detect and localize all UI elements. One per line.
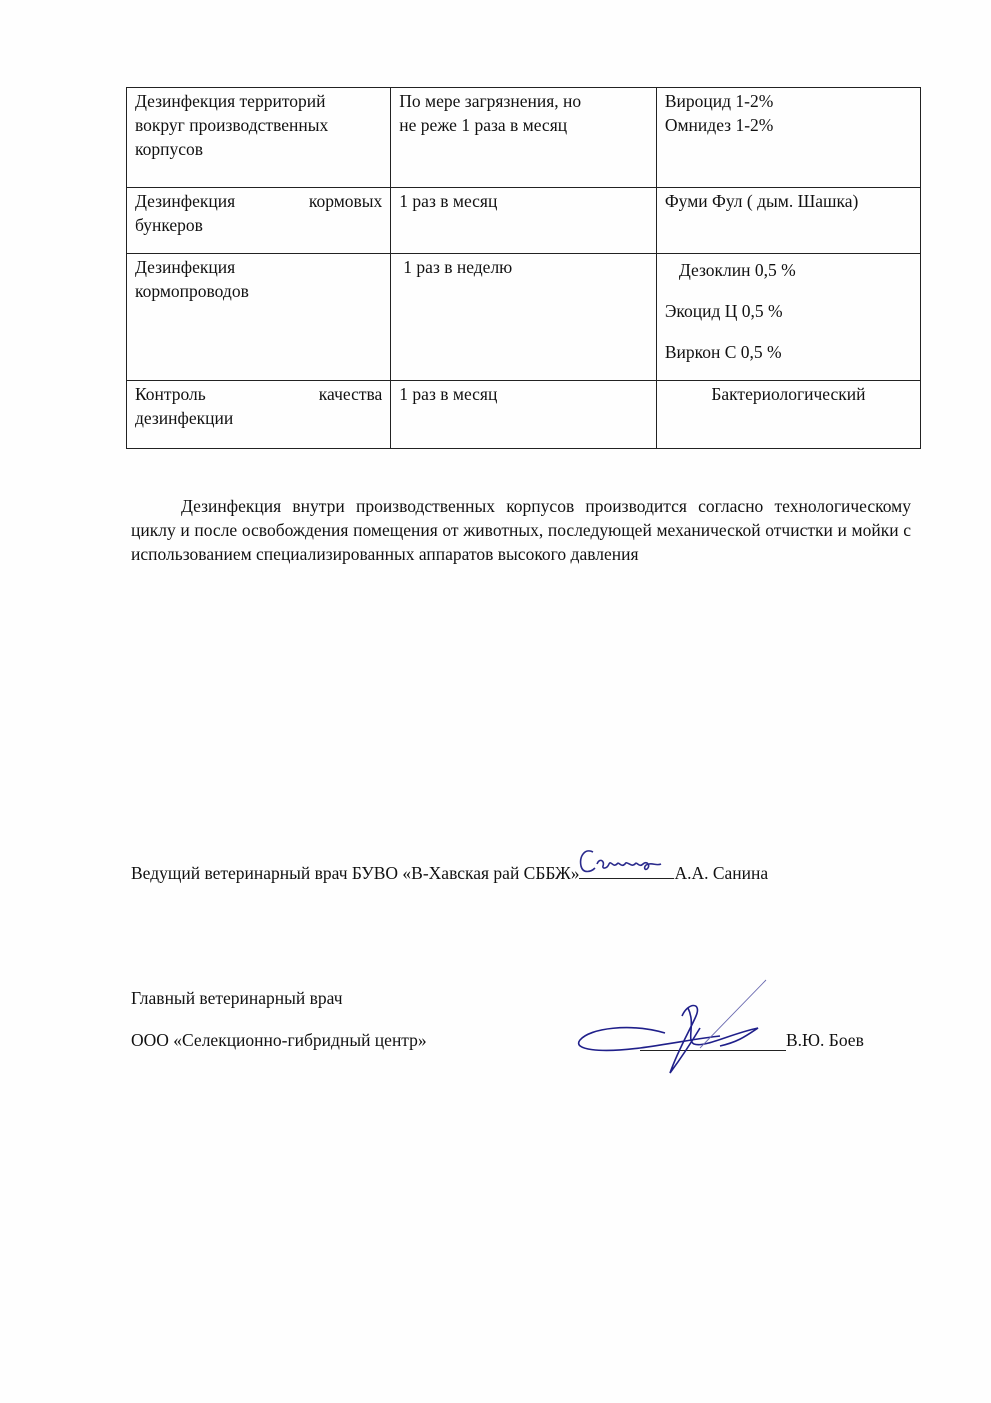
signatory-title: Главный ветеринарный врач — [131, 988, 343, 1009]
frequency-text: 1 раз в месяц — [399, 189, 648, 213]
activity-text: Контроль — [135, 382, 206, 406]
handwritten-signature-icon — [577, 842, 672, 882]
frequency-cell: 1 раз в месяц — [391, 381, 657, 449]
activity-cell: Дезинфекция территорий вокруг производст… — [127, 88, 391, 188]
frequency-text: По мере загрязнения, но — [399, 89, 648, 113]
agent-text: Дезоклин 0,5 % — [665, 258, 912, 282]
agents-cell: Фуми Фул ( дым. Шашка) — [656, 188, 920, 254]
table-row: Дезинфекция кормовых бункеров 1 раз в ме… — [127, 188, 921, 254]
frequency-cell: 1 раз в месяц — [391, 188, 657, 254]
agents-cell: Бактериологический — [656, 381, 920, 449]
frequency-cell: По мере загрязнения, но не реже 1 раза в… — [391, 88, 657, 188]
agents-cell: Дезоклин 0,5 % Экоцид Ц 0,5 % Виркон С 0… — [656, 254, 920, 381]
activity-text: качества — [319, 382, 383, 406]
signatory-position: Ведущий ветеринарный врач БУВО «В-Хавска… — [131, 863, 579, 883]
frequency-text: 1 раз в месяц — [399, 382, 648, 406]
activity-cell: Контроль качества дезинфекции — [127, 381, 391, 449]
disinfection-table: Дезинфекция территорий вокруг производст… — [126, 87, 921, 449]
activity-text: кормовых — [309, 189, 382, 213]
signatory-name: А.А. Санина — [674, 863, 768, 883]
agent-text: Фуми Фул ( дым. Шашка) — [665, 189, 912, 213]
agent-text: Вироцид 1-2% — [665, 89, 912, 113]
activity-text: кормопроводов — [135, 279, 382, 303]
activity-text: вокруг производственных — [135, 113, 382, 137]
document-page: Дезинфекция территорий вокруг производст… — [0, 0, 991, 1403]
activity-text: Дезинфекция — [135, 255, 382, 279]
frequency-text: не реже 1 раза в месяц — [399, 113, 648, 137]
activity-text: дезинфекции — [135, 406, 382, 430]
activity-cell: Дезинфекция кормопроводов — [127, 254, 391, 381]
activity-text: Дезинфекция территорий — [135, 89, 382, 113]
frequency-text: 1 раз в неделю — [399, 255, 648, 279]
agents-cell: Вироцид 1-2% Омнидез 1-2% — [656, 88, 920, 188]
agent-text: Виркон С 0,5 % — [665, 340, 912, 364]
agent-text: Экоцид Ц 0,5 % — [665, 299, 912, 323]
table-row: Контроль качества дезинфекции 1 раз в ме… — [127, 381, 921, 449]
frequency-cell: 1 раз в неделю — [391, 254, 657, 381]
body-paragraph: Дезинфекция внутри производственных корп… — [131, 494, 911, 566]
table-row: Дезинфекция кормопроводов 1 раз в неделю… — [127, 254, 921, 381]
activity-text: корпусов — [135, 137, 382, 161]
agent-text: Бактериологический — [665, 382, 912, 406]
table-row: Дезинфекция территорий вокруг производст… — [127, 88, 921, 188]
activity-text: Дезинфекция — [135, 189, 235, 213]
agent-text: Омнидез 1-2% — [665, 113, 912, 137]
signature-line — [579, 860, 674, 879]
activity-cell: Дезинфекция кормовых бункеров — [127, 188, 391, 254]
signatory-organization: ООО «Селекционно-гибридный центр» — [131, 1030, 427, 1051]
handwritten-signature-icon — [570, 978, 790, 1088]
signatory-name: В.Ю. Боев — [786, 1030, 864, 1051]
activity-text: бункеров — [135, 213, 382, 237]
signature-block-lead-vet: Ведущий ветеринарный врач БУВО «В-Хавска… — [131, 860, 768, 884]
